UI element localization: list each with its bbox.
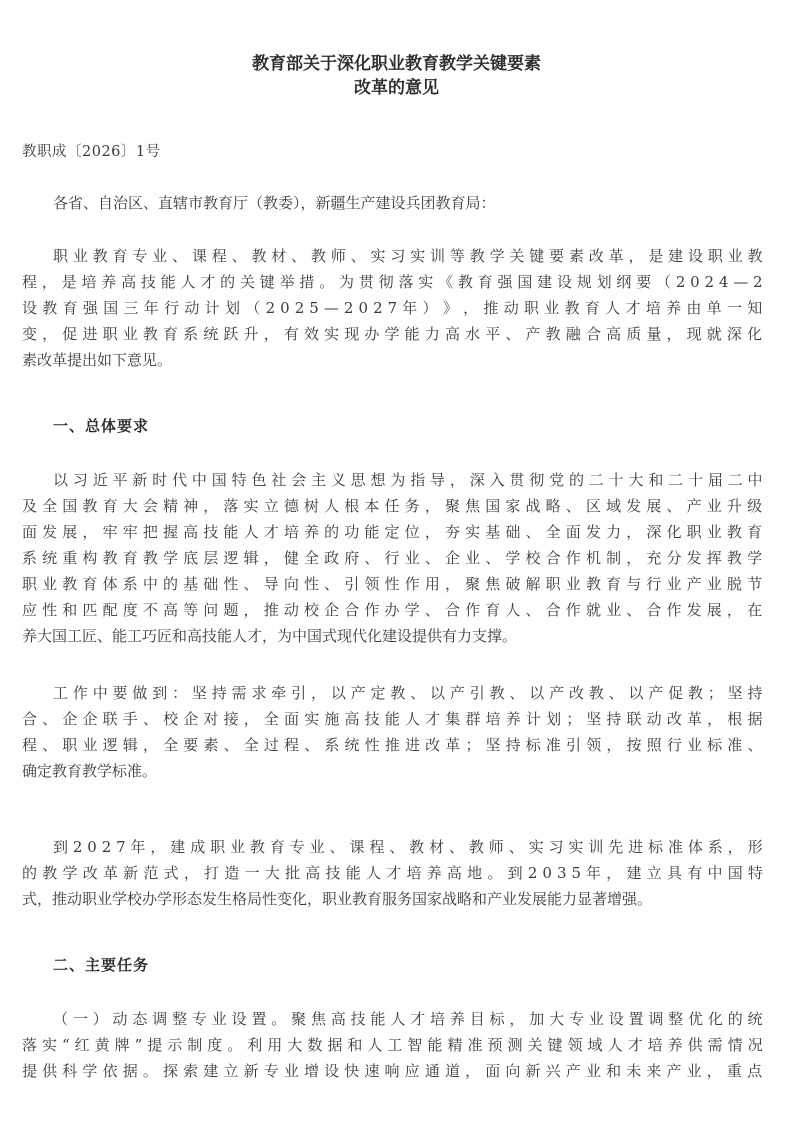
- paragraph-line: 提 供 科 学 依 据 。 探 索 建 立 新 专 业 增 设 快 速 响 应 …: [22, 1060, 763, 1082]
- paragraph-line: 程 、 职 业 逻 辑 ， 全 要 素 、 全 过 程 、 系 统 性 推 进 …: [22, 734, 763, 756]
- document-number: 教职成〔2026〕1号: [22, 141, 763, 163]
- intro-line: 素改革提出如下意见。: [22, 349, 763, 371]
- intro-line: 职 业 教 育 专 业 、 课 程 、 教 材 、 教 师 、 实 习 实 训 …: [53, 245, 763, 267]
- paragraph-line: 职 业 教 育 体 系 中 的 基 础 性 、 导 向 性 、 引 领 性 作 …: [22, 573, 763, 595]
- section-heading-2: 二、主要任务: [53, 954, 763, 976]
- paragraph-line: 面 发 展 ， 牢 牢 把 握 高 技 能 人 才 培 养 的 功 能 定 位 …: [22, 521, 763, 543]
- intro-line: 设 教 育 强 国 三 年 行 动 计 划 （ 2 0 2 5 — 2 0 2 …: [22, 297, 763, 319]
- salutation: 各省、自治区、直辖市教育厅（教委），新疆生产建设兵团教育局：: [53, 192, 763, 214]
- document-title-line-1: 教育部关于深化职业教育教学关键要素: [0, 49, 793, 74]
- paragraph-line: 落 实 “ 红 黄 牌 ” 提 示 制 度 。 利 用 大 数 据 和 人 工 …: [22, 1034, 763, 1056]
- intro-line: 变 ， 促 进 职 业 教 育 系 统 跃 升 ， 有 效 实 现 办 学 能 …: [22, 323, 763, 345]
- document-title-line-2: 改革的意见: [0, 73, 793, 98]
- paragraph-line: 系 统 重 构 教 育 教 学 底 层 逻 辑 ， 健 全 政 府 、 行 业 …: [22, 547, 763, 569]
- paragraph-line: 确定教育教学标准。: [22, 760, 763, 782]
- paragraph-line: 应 性 和 匹 配 度 不 高 等 问 题 ， 推 动 校 企 合 作 办 学 …: [22, 599, 763, 621]
- section-heading-1: 一、总体要求: [53, 415, 763, 437]
- paragraph-line: 到 2 0 2 7 年 ， 建 成 职 业 教 育 专 业 、 课 程 、 教 …: [53, 836, 763, 858]
- paragraph-line: （ 一 ） 动 态 调 整 专 业 设 置 。 聚 焦 高 技 能 人 才 培 …: [53, 1008, 763, 1030]
- paragraph-line: 养大国工匠、能工巧匠和高技能人才，为中国式现代化建设提供有力支撑。: [22, 625, 763, 647]
- intro-line: 程 ， 是 培 养 高 技 能 人 才 的 关 键 举 措 。 为 贯 彻 落 …: [22, 271, 763, 293]
- paragraph-line: 以 习 近 平 新 时 代 中 国 特 色 社 会 主 义 思 想 为 指 导 …: [53, 469, 763, 491]
- paragraph-line: 的 教 学 改 革 新 范 式 ， 打 造 一 大 批 高 技 能 人 才 培 …: [22, 862, 763, 884]
- paragraph-line: 及 全 国 教 育 大 会 精 神 ， 落 实 立 德 树 人 根 本 任 务 …: [22, 495, 763, 517]
- paragraph-line: 工 作 中 要 做 到 ： 坚 持 需 求 牵 引 ， 以 产 定 教 、 以 …: [53, 682, 763, 704]
- paragraph-line: 式，推动职业学校办学形态发生格局性变化，职业教育服务国家战略和产业发展能力显著增…: [22, 888, 763, 910]
- paragraph-line: 合 、 企 企 联 手 、 校 企 对 接 ， 全 面 实 施 高 技 能 人 …: [22, 708, 763, 730]
